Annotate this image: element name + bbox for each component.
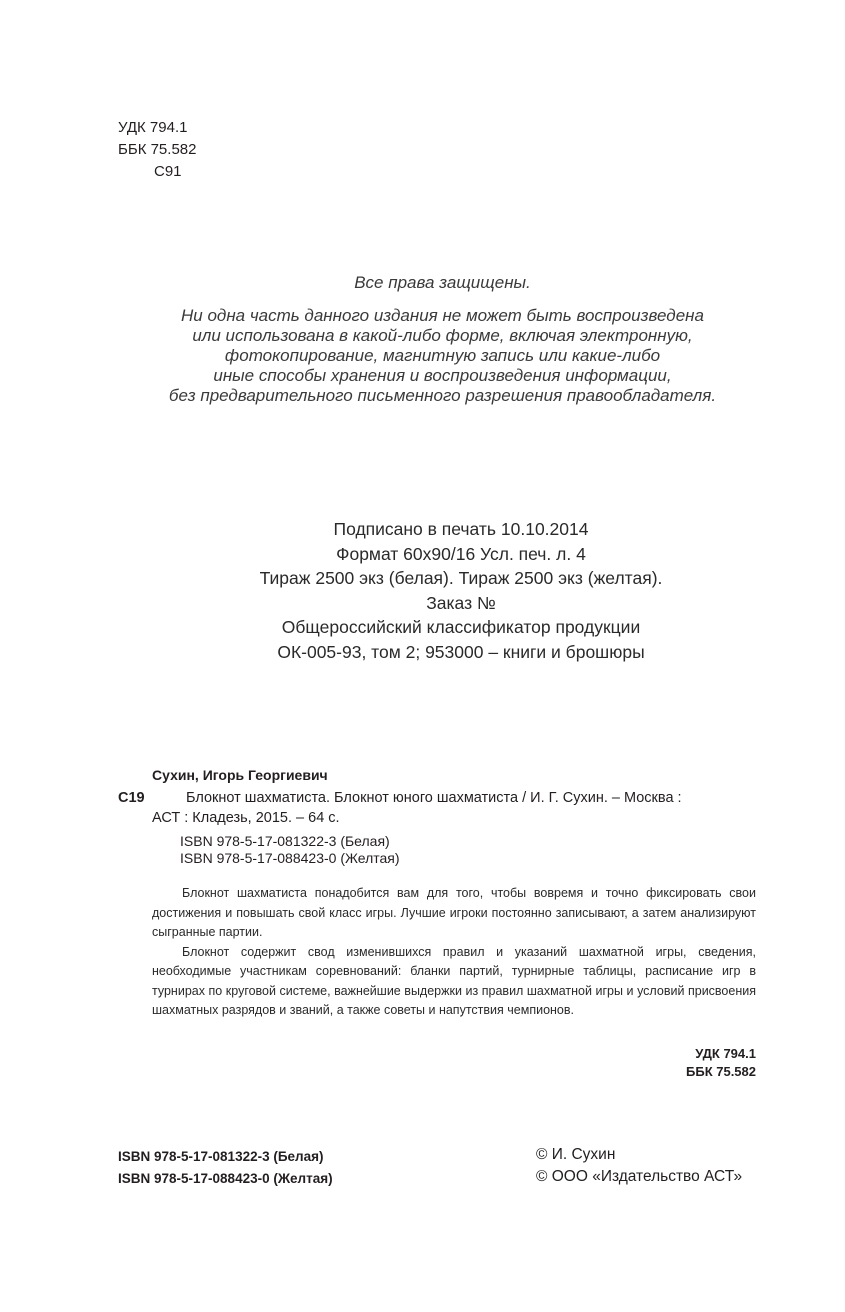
imprint-line: Общероссийский классификатор продукции [0,615,845,640]
isbn-yellow: ISBN 978-5-17-088423-0 (Желтая) [180,850,400,867]
rights-line: иные способы хранения и воспроизведения … [0,366,845,386]
imprint-block: Подписано в печать 10.10.2014 Формат 60x… [0,517,845,664]
rights-line: или использована в какой-либо форме, вкл… [0,326,845,346]
udk-code: УДК 794.1 [560,1045,756,1063]
imprint-line: Подписано в печать 10.10.2014 [0,517,845,542]
isbn-white: ISBN 978-5-17-081322-3 (Белая) [118,1146,333,1168]
rights-line: без предварительного письменного разреше… [0,386,845,406]
isbn-yellow: ISBN 978-5-17-088423-0 (Желтая) [118,1168,333,1190]
catalog-isbn-list: ISBN 978-5-17-081322-3 (Белая) ISBN 978-… [180,833,400,867]
catalog-code: С19 [118,788,145,808]
copyright-publisher: © ООО «Издательство АСТ» [536,1166,742,1188]
imprint-line: Тираж 2500 экз (белая). Тираж 2500 экз (… [0,566,845,591]
author-mark: С91 [118,161,196,183]
annotation-paragraph: Блокнот шахматиста понадобится вам для т… [152,884,756,943]
book-annotation: Блокнот шахматиста понадобится вам для т… [152,884,756,1021]
isbn-white: ISBN 978-5-17-081322-3 (Белая) [180,833,400,850]
imprint-line: Формат 60x90/16 Усл. печ. л. 4 [0,542,845,567]
catalog-title: Блокнот шахматиста. Блокнот юного шахмат… [186,788,682,808]
catalog-author: Сухин, Игорь Георгиевич [152,765,328,785]
imprint-line: ОК-005-93, том 2; 953000 – книги и брошю… [0,640,845,665]
rights-notice: Все права защищены. Ни одна часть данног… [0,272,845,406]
bbk-code: ББК 75.582 [118,139,196,161]
catalog-publisher: АСТ : Кладезь, 2015. – 64 с. [152,808,340,828]
classification-codes-bottom: УДК 794.1 ББК 75.582 [560,1045,756,1081]
imprint-line: Заказ № [0,591,845,616]
rights-body: Ни одна часть данного издания не может б… [0,306,845,406]
annotation-paragraph: Блокнот содержит свод изменившихся прави… [152,943,756,1021]
classification-codes-top: УДК 794.1 ББК 75.582 С91 [118,117,196,183]
rights-line: Ни одна часть данного издания не может б… [0,306,845,326]
rights-line: фотокопирование, магнитную запись или ка… [0,346,845,366]
copyright-author: © И. Сухин [536,1144,742,1166]
rights-heading: Все права защищены. [0,272,845,294]
bbk-code: ББК 75.582 [560,1063,756,1081]
footer-isbn-list: ISBN 978-5-17-081322-3 (Белая) ISBN 978-… [118,1146,333,1190]
copyright-block: © И. Сухин © ООО «Издательство АСТ» [536,1144,742,1188]
udk-code: УДК 794.1 [118,117,196,139]
